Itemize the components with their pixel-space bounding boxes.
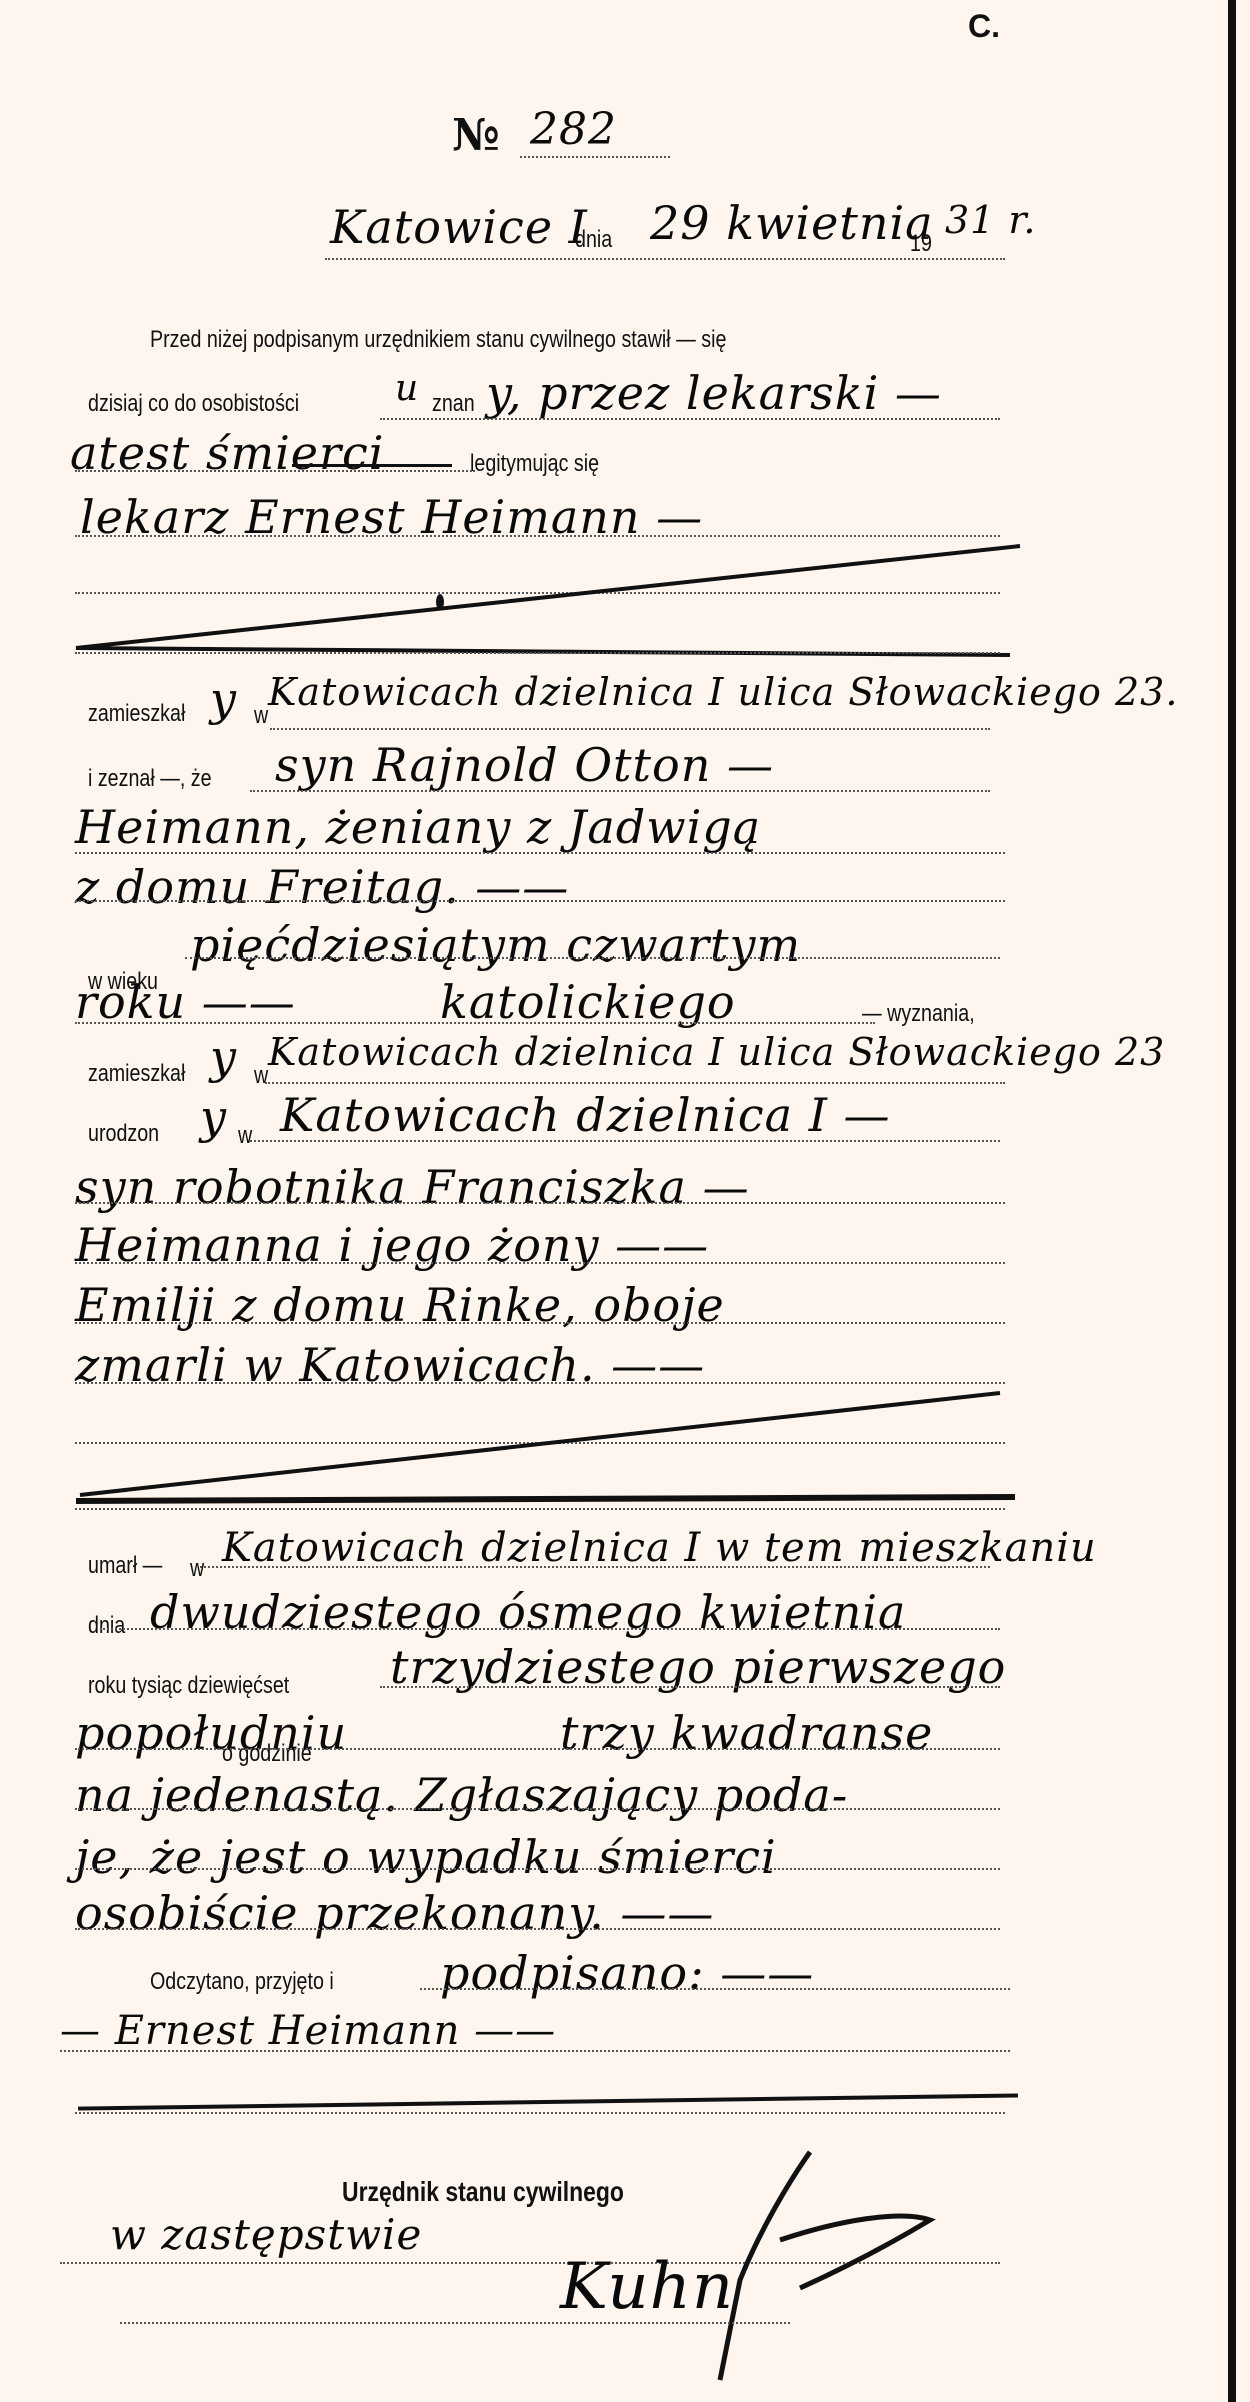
- dotline: [75, 1022, 875, 1024]
- dotline: [75, 1748, 1000, 1750]
- w-label-3: w: [238, 1122, 252, 1150]
- zamieszkal-suffix: y: [210, 672, 237, 726]
- date-dotline: [325, 258, 1005, 260]
- note-line-2: je, że jest o wypadku śmierci: [75, 1830, 777, 1884]
- dotline: [250, 1140, 1000, 1142]
- urodzon-suffix: y: [200, 1090, 227, 1144]
- dotline: [185, 957, 1000, 959]
- dotline: [75, 1868, 1000, 1870]
- record-number: 282: [530, 104, 617, 155]
- dnia-label-2: dnia: [88, 1612, 125, 1640]
- godzinie-label: o godzinie: [222, 1740, 312, 1768]
- year-prefix: 19: [910, 230, 932, 258]
- dotline: [200, 1566, 990, 1568]
- number-dotline: [520, 156, 670, 158]
- statement-line-2: Heimann, żeniany z Jadwigą: [75, 800, 761, 854]
- statement-line-3: z domu Freitag. ——: [75, 860, 569, 914]
- dotline: [75, 1928, 1000, 1930]
- dotline: [75, 2112, 1005, 2114]
- death-day: dwudziestego ósmego kwietnia: [150, 1585, 906, 1639]
- dotline: [120, 2322, 790, 2324]
- urodzon-label: urodzon: [88, 1120, 159, 1148]
- dotline: [75, 1808, 1000, 1810]
- dotline: [75, 1508, 1005, 1510]
- znan-prefix: u: [395, 368, 419, 409]
- roku-label: roku tysiąc dziewięćset: [88, 1672, 289, 1700]
- dotline: [75, 470, 475, 472]
- dotline: [75, 1202, 1005, 1204]
- year-suffix: 31 r.: [945, 198, 1037, 242]
- dotline: [380, 1686, 1000, 1688]
- w-label: w: [254, 702, 268, 730]
- znan-suffix: y, przez lekarski —: [486, 366, 942, 420]
- dzisiaj-label: dzisiaj co do osobistości: [88, 390, 299, 418]
- wyznania-label: — wyznania,: [862, 1000, 975, 1028]
- place-value: Katowice I: [330, 200, 588, 254]
- fill-rule: [292, 464, 452, 467]
- age-line-2: roku ——: [75, 975, 296, 1029]
- dotline: [75, 852, 1005, 854]
- signature-flourish: [540, 2140, 960, 2400]
- age-line-1: pięćdziesiątym czwartym: [190, 918, 801, 972]
- official-deputy: w zastępstwie: [110, 2210, 422, 2259]
- intro-text: Przed niżej podpisanym urzędnikiem stanu…: [150, 326, 726, 354]
- deceased-residence: Katowicach dzielnica I ulica Słowackiego…: [268, 1030, 1165, 1074]
- statement-line-1: syn Rajnold Otton —: [275, 738, 774, 792]
- dotline: [60, 2050, 1010, 2052]
- read-label: Odczytano, przyjęto i: [150, 1968, 334, 1996]
- note-line-1: na jedenastą. Zgłaszający poda-: [75, 1768, 848, 1822]
- dotline: [250, 790, 990, 792]
- time-part-2: trzy kwadranse: [560, 1706, 933, 1760]
- dotline: [265, 1082, 1005, 1084]
- page-edge-bar: [1228, 0, 1236, 2402]
- number-symbol: №: [452, 110, 500, 161]
- zamieszkal-label-2: zamieszkał: [88, 1060, 185, 1088]
- dnia-label: dnia: [575, 226, 612, 254]
- zeznal-label: i zeznał —, że: [88, 765, 212, 793]
- umarl-label: umarł —: [88, 1552, 162, 1580]
- dotline: [75, 900, 1005, 902]
- dotline: [75, 1322, 1005, 1324]
- informant-signature: — Ernest Heimann ——: [60, 2008, 556, 2054]
- form-corner-label: C.: [968, 8, 1000, 45]
- dotline: [75, 652, 1000, 654]
- dotline: [270, 728, 990, 730]
- parents-line-1: syn robotnika Franciszka —: [75, 1160, 750, 1214]
- note-line-3: osobiście przekonany. ——: [75, 1886, 714, 1940]
- informant-residence: Katowicach dzielnica I ulica Słowackiego…: [268, 670, 1178, 714]
- closing-rule: [78, 2093, 1018, 2110]
- dotline: [100, 1628, 1000, 1630]
- w-label-2: w: [254, 1062, 268, 1090]
- cancel-stroke-2: [70, 1385, 1030, 1505]
- dotline: [75, 535, 1000, 537]
- zamieszkal-suffix-2: y: [210, 1030, 237, 1084]
- dotline: [420, 1988, 1010, 1990]
- birthplace-value: Katowicach dzielnica I —: [280, 1088, 891, 1142]
- death-place: Katowicach dzielnica I w tem mieszkaniu: [222, 1525, 1097, 1571]
- cancel-stroke: [70, 540, 1030, 660]
- dotline: [380, 418, 1000, 420]
- dotline: [75, 1262, 1005, 1264]
- religion-value: katolickiego: [440, 975, 736, 1029]
- znan-label: znan: [432, 390, 475, 418]
- dotline: [75, 1382, 1005, 1384]
- legitymujac-label: legitymując się: [470, 450, 599, 478]
- read-value: podpisano: ——: [440, 1946, 814, 2000]
- w-label-4: w: [190, 1555, 204, 1583]
- zamieszkal-label: zamieszkał: [88, 700, 185, 728]
- date-day-month: 29 kwietnia: [650, 196, 934, 250]
